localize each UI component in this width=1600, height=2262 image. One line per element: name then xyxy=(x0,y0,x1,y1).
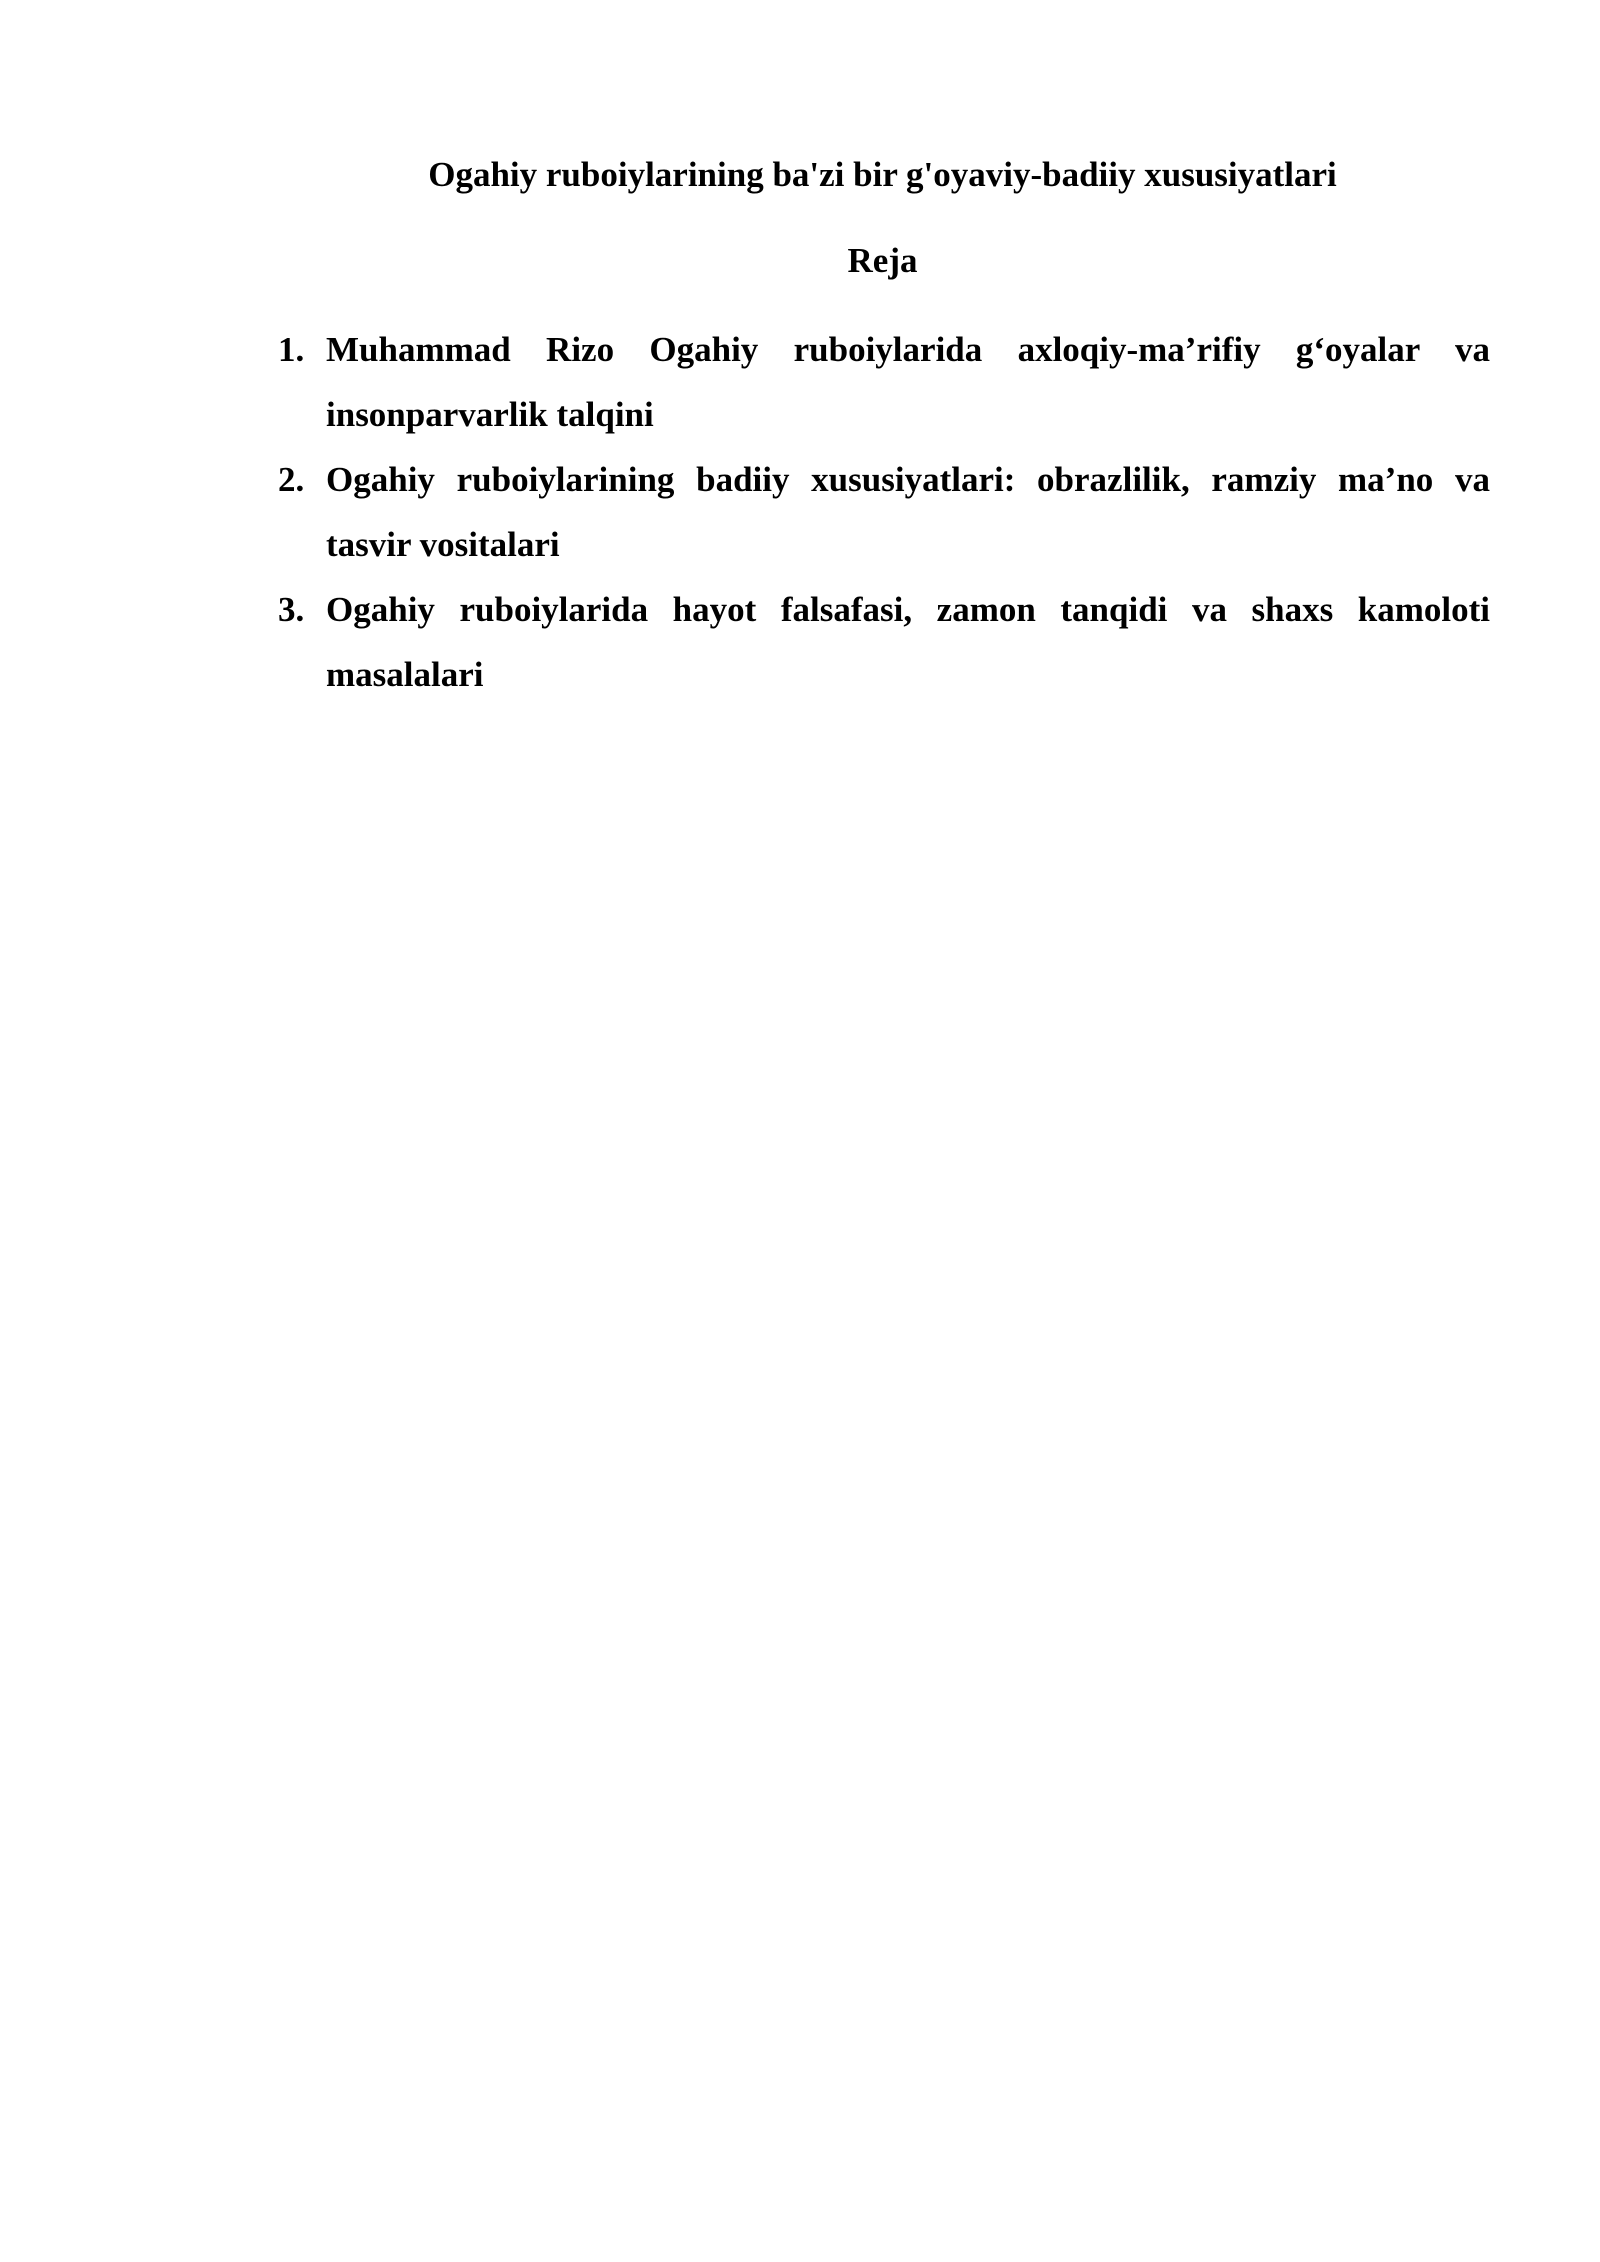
plan-heading: Reja xyxy=(275,236,1490,286)
plan-item-3: 3. Ogahiy ruboiylarida hayot falsafasi, … xyxy=(275,577,1490,707)
plan-item-number: 2. xyxy=(278,447,304,512)
document-page: Ogahiy ruboiylarining ba'zi bir g'oyaviy… xyxy=(0,0,1600,2262)
document-title: Ogahiy ruboiylarining ba'zi bir g'oyaviy… xyxy=(275,150,1490,200)
plan-list: 1. Muhammad Rizo Ogahiy ruboiylarida axl… xyxy=(275,317,1490,707)
plan-item-text: Ogahiy ruboiylarida hayot falsafasi, zam… xyxy=(326,577,1490,707)
plan-item-1: 1. Muhammad Rizo Ogahiy ruboiylarida axl… xyxy=(275,317,1490,447)
plan-item-2: 2. Ogahiy ruboiylarining badiiy xususiya… xyxy=(275,447,1490,577)
plan-item-text: Muhammad Rizo Ogahiy ruboiylarida axloqi… xyxy=(326,317,1490,447)
plan-item-number: 3. xyxy=(278,577,304,642)
plan-item-number: 1. xyxy=(278,317,304,382)
plan-item-text: Ogahiy ruboiylarining badiiy xususiyatla… xyxy=(326,447,1490,577)
